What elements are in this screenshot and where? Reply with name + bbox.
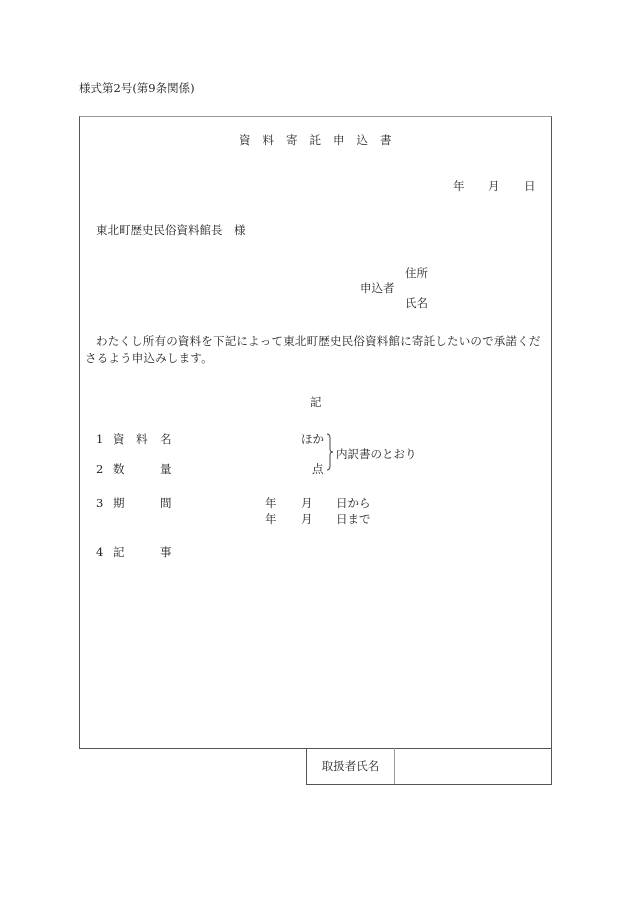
date-day: 日	[524, 179, 536, 193]
curly-brace-icon	[326, 433, 334, 471]
item-2-label-char: 量	[160, 462, 172, 476]
title-char: 料	[263, 133, 275, 147]
item-1-label-char: 料	[136, 432, 148, 446]
item-3-label-char: 間	[160, 496, 172, 510]
request-body-text: わたくし所有の資料を下記によって東北町歴史民俗資料館に寄託したいので承諾くださる…	[85, 333, 547, 367]
addressee: 東北町歴史民俗資料館長 様	[96, 223, 246, 237]
item-1-number: 1	[96, 432, 103, 446]
name-label: 氏名	[405, 296, 428, 310]
title-char: 寄	[286, 133, 298, 147]
ki-heading: 記	[310, 395, 322, 409]
period-from-month: 月	[301, 496, 313, 510]
handler-name-field[interactable]	[395, 748, 551, 784]
date-year: 年	[453, 179, 465, 193]
form-title: 資料寄託申込書	[239, 133, 392, 147]
item-2-number: 2	[96, 462, 103, 476]
item-1-suffix: ほか	[301, 432, 324, 446]
breakdown-note: 内訳書のとおり	[336, 447, 417, 461]
handler-label: 取扱者氏名	[322, 758, 380, 774]
item-1-label-char: 資	[113, 432, 125, 446]
item-3-number: 3	[96, 496, 103, 510]
item-2-label-char: 数	[113, 462, 125, 476]
title-char: 書	[380, 133, 392, 147]
item-1-label-char: 名	[160, 432, 172, 446]
date-month: 月	[488, 179, 500, 193]
title-char: 資	[239, 133, 251, 147]
handler-table: 取扱者氏名	[306, 748, 552, 785]
item-4-label-char: 事	[160, 545, 172, 559]
applicant-label: 申込者	[360, 281, 395, 295]
item-3-label-char: 期	[113, 496, 125, 510]
period-from-year: 年	[265, 496, 277, 510]
item-2-suffix: 点	[312, 462, 324, 476]
item-4-label-char: 記	[113, 545, 125, 559]
period-to-month: 月	[301, 512, 313, 526]
handler-label-cell: 取扱者氏名	[307, 748, 395, 784]
period-to-day: 日まで	[336, 512, 371, 526]
title-char: 申	[333, 133, 345, 147]
period-from-day: 日から	[336, 496, 371, 510]
title-char: 託	[310, 133, 322, 147]
form-number: 様式第2号(第9条関係)	[79, 81, 195, 95]
period-to-year: 年	[265, 512, 277, 526]
item-4-number: 4	[96, 545, 103, 559]
title-char: 込	[357, 133, 369, 147]
address-label: 住所	[405, 266, 428, 280]
